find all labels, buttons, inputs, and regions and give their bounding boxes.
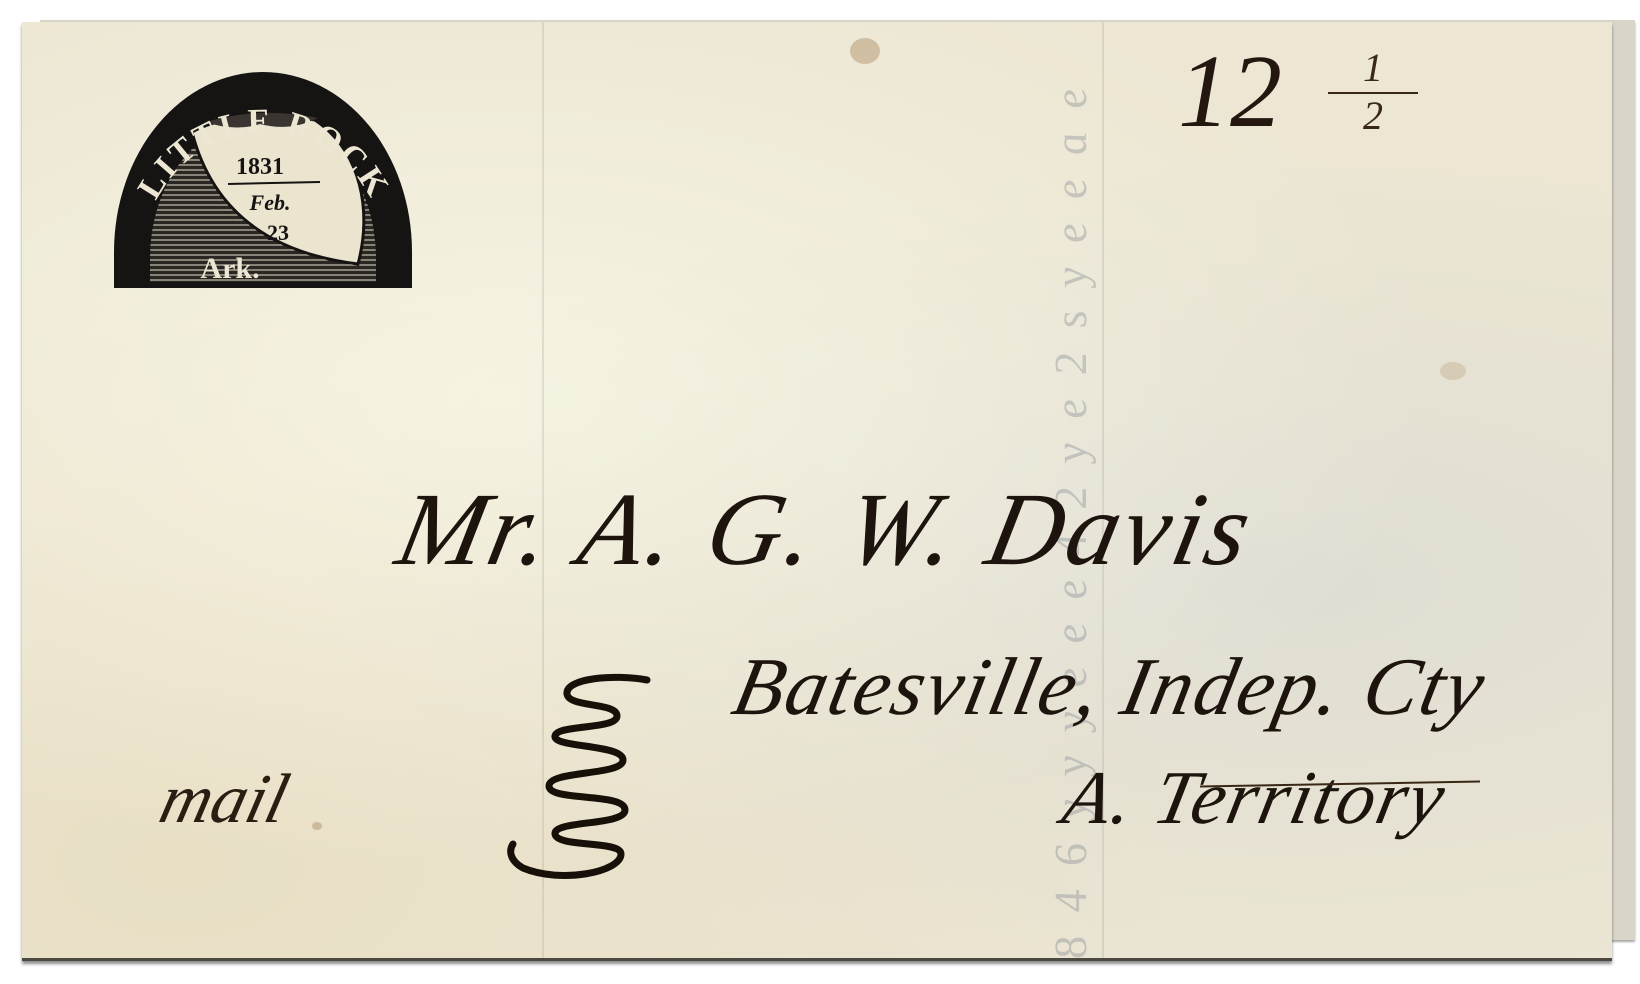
postmark-state: Ark. — [200, 252, 259, 285]
scroll-flourish-icon — [505, 672, 655, 887]
paper-stain — [1440, 362, 1466, 380]
postmark-day: 23 — [267, 220, 289, 245]
fraction-numerator: 1 — [1328, 48, 1418, 94]
postmark-month: Feb. — [249, 190, 291, 215]
postage-rate-fraction: 1 2 — [1328, 48, 1418, 136]
paper-stain — [312, 822, 322, 830]
mail-notation: mail — [152, 760, 296, 840]
address-town: Batesville, Indep. Cty — [725, 640, 1495, 734]
paper-stain — [850, 38, 880, 64]
address-territory: A. Territory — [1056, 755, 1455, 842]
postage-rate: 12 — [1178, 40, 1282, 144]
postmark-year: 1831 — [236, 154, 284, 180]
fraction-denominator: 2 — [1328, 94, 1418, 136]
addressee-name: Mr. A. G. W. Davis — [387, 470, 1264, 589]
little-rock-postmark: LITTLE ROCK 1831 Feb. 23 Ark. — [110, 62, 416, 290]
